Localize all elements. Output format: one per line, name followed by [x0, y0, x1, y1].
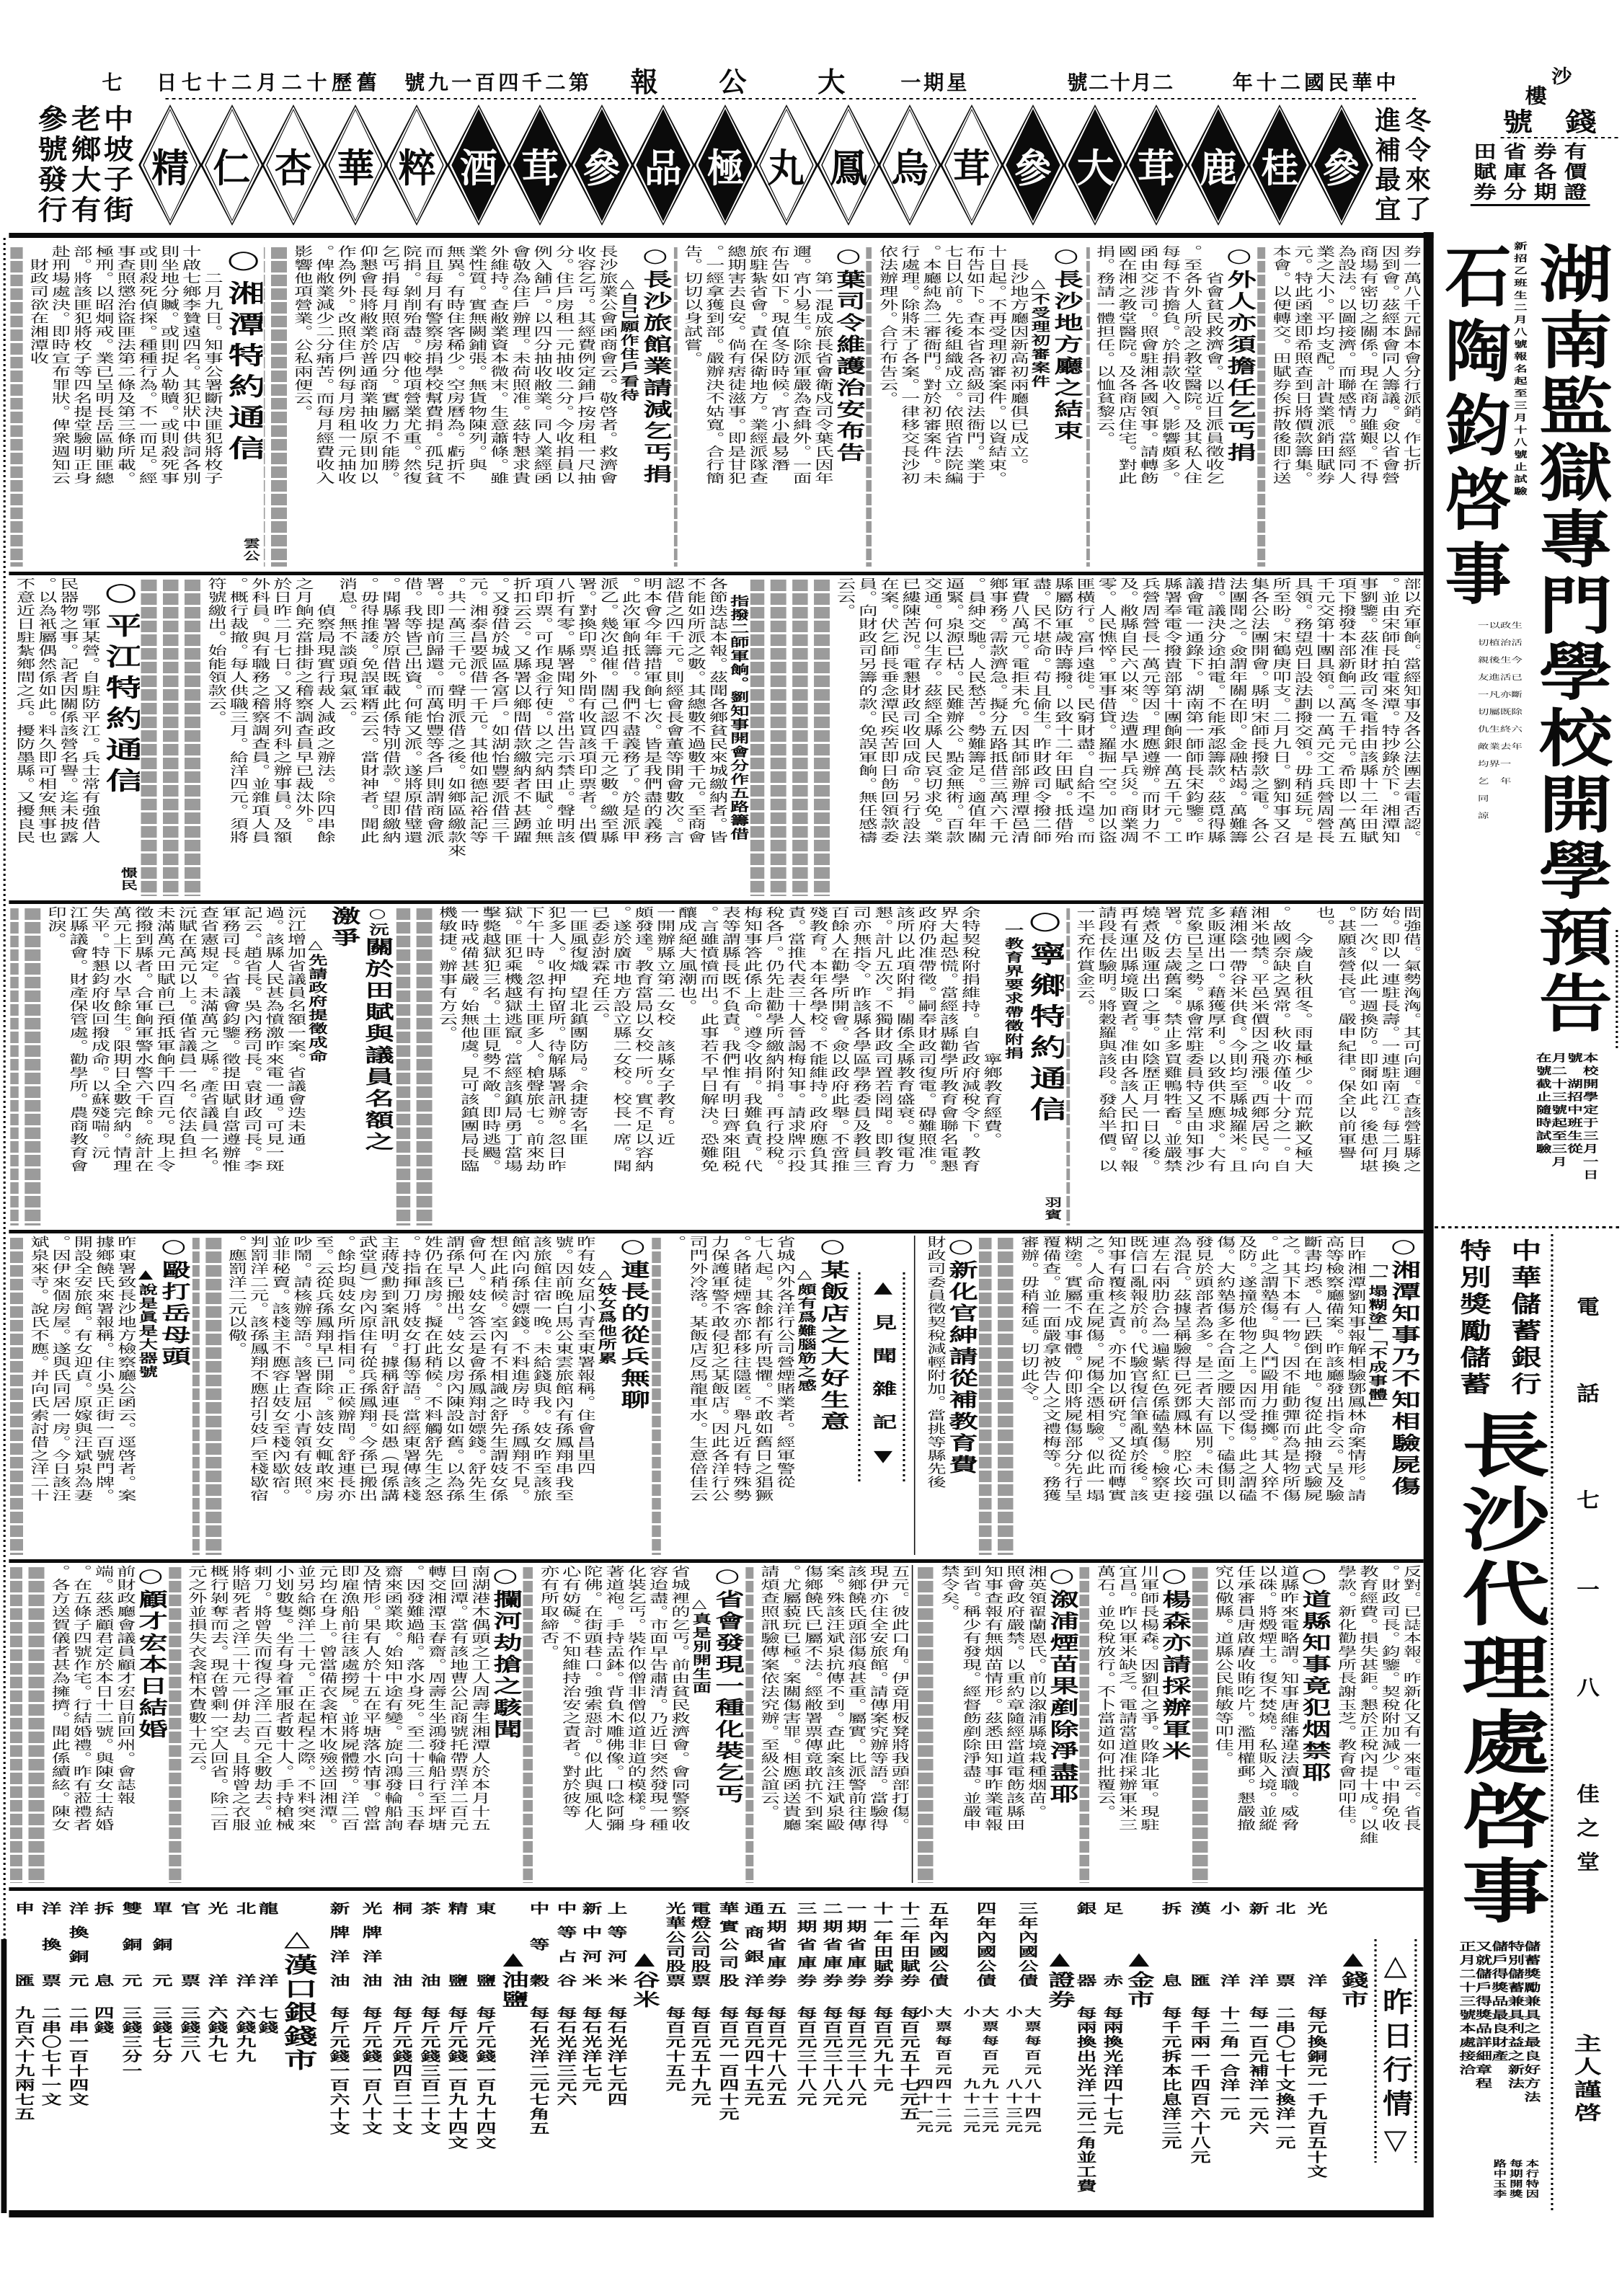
column-divider: [914, 1236, 916, 1555]
diamond-char: 精: [151, 105, 190, 226]
article-body: 寧鄉教育經費。 余特契稅附捐維持。自省政府減稅令下。教育 界大起恐慌。當經該縣勸…: [434, 906, 1001, 1225]
right-ad-separator: [1435, 1226, 1621, 1228]
text-texture: [916, 1565, 936, 1883]
article-body: 間強借。氣勢洶洶。其可向邇。查該營駐縣之 始。即以一連駐長壽。一連駐南江。每二月…: [1071, 906, 1420, 1225]
headline-group: ○寧鄉特約通信 羽賓: [1025, 906, 1064, 1225]
corner-ad-item: 省庫分: [1502, 142, 1525, 204]
article-subheadline: 指撥二師軍餉。劉知事開會分作五路籌借: [726, 577, 748, 896]
market-item-label: 華實公司股: [716, 1902, 738, 1988]
market-item-value: 每百元九十元: [870, 2006, 892, 2093]
market-item-label: 精鹽: [445, 1902, 467, 1988]
market-item-value-small-note: 八十三元: [1005, 2078, 1023, 2136]
corner-ad-name-char: 沙: [1550, 66, 1570, 87]
text-texture: [10, 245, 25, 567]
prison-school-title: 湖南監獄專門學校開學預告: [1533, 241, 1606, 1042]
article-continued-pingjiang: 間強借。氣勢洶洶。其可向邇。查該營駐縣之 始。即以一連駐長壽。一連駐南江。每二月…: [1065, 906, 1420, 1225]
dotted-divider: [1616, 930, 1618, 1049]
diamond-char: 粹: [397, 105, 437, 226]
market-item-value: 每斤元錢一百八十文: [359, 2006, 381, 2136]
article-headline: ○連長的從兵無聊: [616, 1236, 649, 1555]
article-ningxiang-correspondence: ○寧鄉特約通信 羽賓 一教育界要求帶徵附捐 寧鄉教育經費。 余特契稅附捐維持。自…: [395, 906, 1064, 1225]
market-item-value: 每百元四十五元: [741, 2006, 763, 2107]
article-headline: ○新化官紳請從補教育費: [944, 1236, 978, 1555]
market-item-value: 每斤元錢四百二十文: [389, 2006, 412, 2136]
market-item-label: 光華公司股票: [662, 1902, 685, 1988]
phone-char: 七: [1574, 1489, 1597, 1512]
issue-number: 第二千四百一九號: [404, 71, 589, 95]
corner-ad-rule: [1471, 204, 1590, 206]
banner-diamond: 大: [1063, 105, 1127, 226]
phone-char: 一: [1574, 1579, 1597, 1602]
market-item-label: 五期省庫券: [763, 1902, 786, 1988]
banner-diamond: 丸: [755, 105, 818, 226]
corner-char: 沙: [1550, 66, 1570, 85]
article-headline: ○長沙地方廳之結束: [1049, 245, 1083, 567]
market-item-label: 新牌洋油: [327, 1902, 349, 1988]
diamond-char: 杏: [274, 105, 314, 226]
diamond-char: 參: [1014, 105, 1053, 226]
banner-diamond: 茸: [1125, 105, 1188, 226]
market-item-value: 每石光洋二元七角五: [526, 2006, 549, 2136]
market-item-value-large-note: 大票每百元九十三元: [981, 2006, 999, 2136]
diamond-char: 酒: [459, 105, 499, 226]
diamond-char: 仁: [213, 105, 252, 226]
feature-box-miscellany: ▲見聞雜記▼: [852, 1272, 911, 1481]
article-body: 昨東署致長沙地方檢察廳公函云。逕啓者。案 據鄉饒氏來署報稱。住小吳正街一百號門牌…: [25, 1236, 134, 1555]
market-title-border: [1374, 1939, 1376, 2163]
diamond-char: 參: [1322, 105, 1362, 226]
market-item-label: 三年內國公債: [1015, 1902, 1037, 1988]
market-item-value-large-note: 大票每百元四十二元: [934, 2006, 952, 2136]
market-item-value: 二串一百十四文: [66, 2006, 88, 2107]
bank-product: 特別獎勵儲蓄: [1458, 1238, 1489, 1403]
market-section-heading: ▲金市: [1124, 1948, 1153, 2010]
market-item-value: 三錢三分一: [119, 2006, 141, 2078]
article-author: 羽賓: [1042, 1197, 1064, 1225]
article-xiangtan-autopsy: ○湘潭知事乃不知相驗屍傷 「一塌糊塗」「不成事體」 日昨湘潭劉知事報解相驗鄧鳳林…: [979, 1236, 1420, 1555]
market-item-label: 光牌洋油: [359, 1902, 381, 1988]
article-body: 沅江增加省議員名額一案。省議會迭未通 過。該縣人民甚為憤激昨來電一通。可見一斑 …: [43, 906, 304, 1225]
market-item-label: 北洋: [233, 1902, 255, 1988]
market-item-value: 每百元三十八元: [820, 2006, 842, 2107]
row-divider: [9, 572, 1424, 575]
corner-ad-item: 券各期: [1533, 142, 1556, 204]
school-title-text: 湖南監獄專門學校開學預告: [1533, 241, 1606, 1037]
article-headline: ○毆打岳母頭: [156, 1236, 190, 1555]
shop-column-text: 中坡子街: [102, 105, 131, 226]
newspaper-page: 七 舊歷十二月二十七日 第二千四百一九號 報 公 大 星期一 二月十二號 中華民…: [0, 0, 1622, 2296]
article-body: 第一混成旅長省會衛戍司令葉氏因年 邇。宵小易生。除派軍嚴為查緝外。一面 布告如下…: [679, 245, 832, 567]
corner-char: 號: [1501, 108, 1531, 134]
corner-ad-item: 田賦券: [1472, 142, 1495, 204]
market-item-label: 四年內國公債: [973, 1902, 996, 1988]
market-item-value: 每百元十五元: [662, 2006, 685, 2093]
banner-slogan-column: 進補最宜: [1373, 107, 1399, 226]
article-foreigners-beggar-tax: ○外人亦須擔任乞丐捐 省會貧民救濟會。以近日派員徵收乞 。至各外人所設之教堂醫院…: [1086, 245, 1256, 567]
page-left-edge-thick: [1, 1939, 7, 2213]
bank-address-text: 佳之堂: [1574, 1783, 1597, 1885]
market-item-value: 每石光洋七元四: [604, 2006, 626, 2107]
article-commander-ye-notice: ○葉司令維護治安布告 第一混成旅長省會衛戍司令葉氏因年 邇。宵小易生。除派軍嚴為…: [673, 245, 865, 567]
text-texture: [750, 577, 832, 896]
article-continued-xiangtan-military-funds: 部以充軍餉。當經知事及各公法團去電否認。 。並由宋師長拍電來潭。特抄錄於下。湘潭…: [750, 577, 1420, 896]
article-restaurant-business: ○某飯店之大好生意 △頗有爲難腦筋之感 省城內外各洋行公司營煙賭業者。經軍警從 …: [651, 1236, 849, 1555]
market-title-text: △昨日行情▽: [1380, 1949, 1410, 2162]
article-body: 券一萬八千元歸本會分行派銷。作七折 因到會。茲經本會同人籌議。僉以省會營 商場有…: [1267, 245, 1420, 567]
text-texture: [673, 245, 679, 567]
article-subheadline: △頗有爲難腦筋之感: [793, 1236, 815, 1555]
corner-ad-item-text: 券各期: [1533, 142, 1556, 203]
agency-title-text: 長沙代理處啓事: [1455, 1409, 1543, 1929]
market-item-label: 小洋: [1217, 1902, 1239, 1988]
paper-title-char-da: 大: [813, 68, 845, 92]
market-item-label: 新洋: [1246, 1902, 1268, 1988]
diamond-char: 茸: [1137, 105, 1176, 226]
text-texture: [141, 577, 203, 896]
diamond-char: 大: [1076, 105, 1115, 226]
article-continued-assault: 五元。彼此口角。伊竟用板凳將我頭部打傷。 現伊亦住全安旅館。請傳案究辦等語。當驗…: [745, 1565, 908, 1883]
market-item-label: 中等占谷: [554, 1902, 576, 1988]
market-item-label: 東鹽: [473, 1902, 495, 1988]
corner-ad-item: 有價證: [1563, 142, 1586, 204]
page-number: 七: [91, 71, 123, 95]
article-headline: ○顧才宏本日結婚: [133, 1565, 167, 1883]
market-item-label: 銀器: [1073, 1902, 1096, 1988]
bank-agency-title: 長沙代理處啓事: [1455, 1409, 1543, 1932]
article-headline: ○某飯店之大好生意: [815, 1236, 849, 1555]
article-body: 日昨湘潭劉知事報解相驗鄧鳳林命案情形。請 高等檢察廳備案。昨該廳發出指令云。呈及…: [1016, 1236, 1365, 1555]
market-item-value: 每百元三十八元: [843, 2006, 866, 2107]
feature-box-border: [858, 1272, 860, 1481]
market-section-heading: △漢口銀錢市: [280, 1926, 314, 2073]
banner-diamond: 烏: [878, 105, 941, 226]
article-body: 南湖港木偶頭之工人周壽生湘潭人於本月十五 日回潭。當有該地曹公記商號托帶票洋二百…: [183, 1565, 488, 1883]
article-headline: ○楊森亦請採辦軍米: [1157, 1565, 1191, 1883]
corner-char: 樓: [1523, 85, 1545, 105]
market-item-value: 三錢七分: [149, 2006, 172, 2064]
diamond-char: 鳳: [829, 105, 869, 226]
article-subheadline: △妓女爲他所累: [593, 1236, 616, 1555]
diamond-char: 烏: [890, 105, 930, 226]
market-item-value: 每石光洋三元六: [554, 2006, 576, 2107]
article-body: 省城內外各洋行公司營煙賭業者。經軍警從 七八起。其餘都有所畏懼。不敢如舊日之猖獗…: [662, 1236, 793, 1555]
banner-diamond: 鹿: [1187, 105, 1250, 226]
market-item-label: 茶油: [417, 1902, 440, 1988]
text-texture: [10, 906, 43, 1225]
text-texture: [979, 1236, 1016, 1555]
article-xinhua-education-fees: ○新化官紳請從補教育費 財政司委員徵契稅減輕附加。當挑等縣先後: [917, 1236, 978, 1555]
market-item-value: 四錢: [91, 2006, 113, 2035]
market-item-value: 二串〇七十文換洋一元: [1272, 2006, 1295, 2150]
text-texture: [264, 245, 289, 567]
banner-diamond: 杏: [262, 105, 325, 226]
phone-char-text: 電: [1574, 1296, 1597, 1316]
corner-ad-dotted-rule: [1501, 137, 1621, 138]
text-texture: [1192, 1565, 1210, 1883]
diamond-char: 華: [336, 105, 376, 226]
article-xiangtan-correspondence: ○湘潭特約通信 雲公 二月九日。知事公署斷決匪犯將枚子 十啟七鄉李贊遠四名。其犯…: [10, 245, 262, 567]
article-xupu-opium-seedlings: ○溆浦煙苗果剷除淨盡耶 湘英領翟蘭恩氏。前以溆浦縣境栽種烟苗。 照會政府嚴禁。以…: [916, 1565, 1078, 1883]
text-texture: [169, 1565, 183, 1883]
text-texture: [10, 577, 12, 896]
shop-column-text: 參號發行: [35, 105, 65, 226]
market-item-value: 六錢九九: [233, 2006, 255, 2064]
market-item-label: 龍洋: [255, 1902, 278, 1988]
article-body: 省會貧民救濟會。以近日派員徵收乞 。至各外人所設之教堂醫院。及其私人住 每每不肯…: [1091, 245, 1222, 567]
headline-prefix: ○沅: [365, 906, 389, 937]
corner-ad-item-text: 有價證: [1563, 142, 1586, 203]
article-body: 省城裡的乞丐。前由貧民救濟會。會同警察收 容迨盡。市面早告肅清。乃近日突然發現一…: [536, 1565, 688, 1883]
article-body: 前財政廳會議員顧才宏日前回州。會誌報 端。茲悉顧君定於本日十二號。與陳女士結婚 …: [47, 1565, 134, 1883]
bank-product-text: 特別獎勵儲蓄: [1458, 1238, 1489, 1399]
market-item-label: 單銅元: [149, 1902, 172, 1988]
corner-char: 錢: [1563, 108, 1595, 134]
article-headline: ○平江特約通信: [101, 577, 140, 799]
article-subheadline: △不受理初審案件: [1027, 245, 1049, 567]
lunar-date: 舊歷十二月二十七日: [156, 71, 377, 95]
market-item-label: 電燈公司股票: [688, 1902, 710, 1988]
text-texture: [1065, 906, 1071, 1225]
banner-diamond: 桂: [1248, 105, 1311, 226]
market-item-value: 每斤元錢一百六十文: [327, 2006, 349, 2136]
phone-char: 電: [1574, 1296, 1597, 1319]
market-item-label: 十二年田賦券: [897, 1902, 919, 1988]
phone-char: 八: [1574, 1677, 1597, 1700]
article-headline: ○省會發現一種化裝乞丐: [710, 1565, 744, 1883]
market-item-value: 七錢: [255, 2006, 278, 2035]
bank-name-text: 中華儲蓄銀行: [1510, 1238, 1540, 1399]
article-subheadline: 「一塌糊塗」「不成事體」: [1364, 1236, 1386, 1555]
bank-signature: 主人謹啓: [1572, 2034, 1599, 2126]
banner-diamond: 極: [693, 105, 757, 226]
article-assault-mother-in-law: ○毆打岳母頭 ▲說是眞是大器號 昨東署致長沙地方檢察廳公函云。逕啓者。案 據鄉饒…: [10, 1236, 190, 1555]
phone-char-text: 七: [1574, 1489, 1597, 1510]
page-canvas: 七 舊歷十二月二十七日 第二千四百一九號 報 公 大 星期一 二月十二號 中華民…: [0, 0, 1622, 2296]
article-headline: ○寧鄉特約通信: [1025, 906, 1064, 1127]
market-item-value: 每一百元補洋一元六: [1246, 2006, 1268, 2136]
diamond-char: 茸: [520, 105, 560, 226]
diamond-char: 丸: [767, 105, 807, 226]
text-texture: [523, 1565, 536, 1883]
market-section-heading: ▲油鹽: [498, 1948, 527, 2010]
feature-box-border: [903, 1272, 905, 1481]
market-item-value: 每元換銅元一千九百五十文: [1304, 2006, 1326, 2179]
market-section-heading: ▲錢市: [1338, 1948, 1367, 2010]
text-texture: [192, 1236, 223, 1555]
market-item-value: 二串〇七十一文: [38, 2006, 61, 2107]
market-item-value: 每斤元錢一百九十四文: [445, 2006, 467, 2150]
corner-ad-item-text: 田賦券: [1472, 142, 1495, 203]
text-texture: [651, 1236, 662, 1555]
bank-ad-body-text: 儲蓄獎勵兼具之最良好方法 特別儲蓄兼具利益之新法 儲戶得獎品最良財產 又就儲戶得…: [1459, 1941, 1540, 2105]
shop-column-text: 老鄉大有: [69, 105, 99, 226]
banner-bottom-rule: [9, 233, 1433, 238]
article-headline: ○湘潭知事乃不知相驗屍傷: [1386, 1236, 1420, 1555]
bank-ad-body: 儲蓄獎勵兼具之最良好方法 特別儲蓄兼具利益之新法 儲戶得獎品最良財產 又就儲戶得…: [1459, 1941, 1540, 2117]
article-author: 雲公: [240, 538, 262, 567]
market-item-value: 每斤元錢三百二十文: [417, 2006, 440, 2136]
market-section-heading: ▲證券: [1045, 1948, 1073, 2010]
article-author: 憬民: [118, 867, 140, 896]
market-item-label: 新中河米: [579, 1902, 601, 1988]
market-item-value: 每百元五十七元五: [897, 2006, 919, 2122]
article-daoxian-opium: ○道縣知事竟犯烟禁耶 道縣昨來電略謂。知事唐維藩違法瀆職。威脅 以硃。將燬煙土。…: [1192, 1565, 1331, 1883]
market-item-value: 三錢三八: [177, 2006, 200, 2064]
text-texture: [1257, 245, 1267, 567]
article-subheadline: △先請政府提徵成命: [304, 906, 327, 1225]
diamond-char: 極: [706, 105, 745, 226]
article-body: 鄂軍某營。自駐防平江。兵士常有強借人 民器物之事。記者因關係該營名譽。迄未披露 …: [12, 577, 99, 896]
article-wedding-notice: ○顧才宏本日結婚 前財政廳會議員顧才宏日前回州。會誌報 端。茲悉顧君定於本日十二…: [10, 1565, 167, 1883]
text-texture: [1086, 245, 1091, 567]
row-divider: [9, 1559, 1424, 1563]
market-item-value: 每千兩一千四百六十八元: [1187, 2006, 1210, 2165]
market-item-value: 每兩換光洋四十七元: [1100, 2006, 1122, 2136]
market-item-label: 一期省庫券: [843, 1902, 866, 1988]
article-headline: ○長沙旅館業請減乞丐捐: [638, 245, 672, 567]
prison-school-enrollment-note: 新招乙班生二月八號報名起至三月十八號止試驗: [1512, 241, 1527, 530]
prison-school-details: 本校開學定于三月一日 號 湖招中班生從 月二十三號起至三月 在號截止隨時試驗: [1534, 1052, 1597, 1220]
market-item-label: 足赤: [1100, 1902, 1122, 1988]
article-subheadline: ▲說是眞是大器號: [134, 1236, 156, 1555]
article-body: 川軍師長楊森。因劉但之爭。敗降北軍。現駐 宜昌。昨以軍米缺乏。電請當道准採辦軍米…: [1092, 1565, 1158, 1883]
article-continued-bond-sales: 券一萬八千元歸本會分行派銷。作七折 因到會。茲經本會同人籌議。僉以省會營 商場有…: [1257, 245, 1420, 567]
article-company-commander-orderly: ○連長的從兵無聊 △妓女爲他所累 昨有妓女屈小青至東署報稱。住會昌里四 號。因前…: [192, 1236, 650, 1555]
article-yang-sen-rice: ○楊森亦請採辦軍米 川軍師長楊森。因劉但之爭。敗降北軍。現駐 宜昌。昨以軍米缺乏…: [1080, 1565, 1191, 1883]
article-body: 湘英領翟蘭恩氏。前以溆浦縣境栽種烟苗。 照會政府嚴禁。以重約章隨經當道電飭該縣田…: [936, 1565, 1045, 1883]
article-subheadline: 一教育界要求帶徵附捐: [1001, 906, 1023, 1225]
banner-shop-column: 老鄉大有: [68, 105, 99, 229]
market-item-label: 拆息: [91, 1902, 113, 1988]
market-item-label: 雙銅元: [119, 1902, 141, 1988]
article-body: 財政司委員徵契稅減輕附加。當挑等縣先後: [922, 1236, 944, 1555]
bank-name: 中華儲蓄銀行: [1510, 1238, 1540, 1401]
market-item-label: 光洋: [205, 1902, 227, 1988]
diamond-char: 茸: [952, 105, 992, 226]
article-headline: ○湘潭特約通信: [223, 245, 262, 466]
article-headline: ○溆浦煙苗果剷除淨盡耶: [1045, 1565, 1078, 1883]
banner-diamond: 華: [324, 105, 387, 226]
market-item-label: 洋換銅元: [66, 1902, 88, 1988]
notice-body-text: 生活今已斷除六年 政治生活亦既終去一年 以植後進凡屬生業界 一切親友一切仇敵均乞…: [1475, 621, 1520, 829]
article-headline: ○外人亦須擔任乞丐捐: [1222, 245, 1256, 567]
market-item-label: 洋換票: [38, 1902, 61, 1988]
article-body: 各節迭誌本報。茲聞各鄉貧民來城繳納者。皆 不能如所派之數。其總數不過數千元。至商…: [203, 577, 726, 896]
bank-ad-body-secondary-text: 本行特因 每期開獎 路中玉李: [1492, 2159, 1540, 2199]
market-item-label: 官票: [177, 1902, 200, 1988]
article-headline: ○攔河劫搶之駭聞: [488, 1565, 521, 1883]
text-texture: [745, 1565, 755, 1883]
article-headline: ○道縣知事竟犯烟禁耶: [1297, 1565, 1331, 1883]
diamond-char: 桂: [1260, 105, 1300, 226]
market-item-small-note: 小: [962, 2006, 980, 2018]
year: 中華民國二十年: [1232, 71, 1396, 95]
market-item-label: 拆息: [1158, 1902, 1181, 1988]
article-body: 長沙地方廳因新高初兩廳俱已成立。 十日起。不再受理初審案件。以資結束。 布告如下…: [874, 245, 1027, 567]
banner-diamond: 參: [1001, 105, 1065, 226]
article-subheadline: △自己願作住戶看待: [616, 245, 638, 567]
article-headline: ○葉司令維護治安布告: [831, 245, 865, 567]
date: 二月十二號: [1068, 71, 1174, 95]
market-item-label: 上等河米: [604, 1902, 626, 1988]
corner-ad-item-text: 省庫分: [1502, 142, 1525, 203]
phone-char: 話: [1574, 1383, 1597, 1406]
row-divider: [9, 1887, 1424, 1891]
article-changsha-local-court: ○長沙地方廳之結束 △不受理初審案件 長沙地方廳因新高初兩廳俱已成立。 十日起。…: [867, 245, 1083, 567]
market-item-small-note: 小: [1005, 2006, 1023, 2018]
corner-ad-name-char: 樓: [1523, 85, 1545, 107]
article-body: 二月九日。知事公署斷決匪犯將枚子 十啟七鄉李贊遠四名。其犯狀中供詞各別 則坐地分…: [25, 245, 221, 567]
market-item-label: 五年內國公債: [926, 1902, 948, 1988]
shi-taojun-notice-title: 石陶鈞啓事: [1440, 242, 1507, 617]
text-texture: [1080, 1565, 1092, 1883]
market-item-value-large-note: 大票每百元八十四元: [1024, 2006, 1042, 2136]
banner-shop-column: 參號發行: [35, 105, 65, 229]
page-left-edge: [3, 238, 5, 1939]
slogan-text: 冬令來了: [1403, 107, 1429, 225]
market-item-label: 北票: [1272, 1902, 1295, 1988]
article-headline: ○沅關於田賦與議員名額之激爭: [327, 906, 394, 1225]
market-item-value: 每百元三十八元: [794, 2006, 816, 2107]
notice-title-text: 石陶鈞啓事: [1440, 242, 1507, 613]
market-item-value: 每石光洋七元: [579, 2006, 601, 2093]
column-divider: [912, 1565, 913, 1883]
banner-diamond: 參: [1310, 105, 1373, 226]
article-hotel-guild-tax: ○長沙旅館業請減乞丐捐 △自己願作住戶看待 長沙旅業公會函商會云。敬啓者。救濟會…: [264, 245, 672, 567]
paper-title-char-bao: 報: [629, 68, 657, 92]
market-item-label: 桐油: [389, 1902, 412, 1988]
article-body: 五元。彼此口角。伊竟用板凳將我頭部打傷。 現伊亦住全安旅館。請傳案究辦等語。當驗…: [755, 1565, 908, 1883]
bank-ad-body-secondary: 本行特因 每期開獎 路中玉李: [1459, 2159, 1540, 2204]
corner-ad-name-char: 號: [1501, 108, 1531, 136]
article-body: 部以充軍餉。當經知事及各公法團去電否認。 。並由宋師長拍電來潭。特抄錄於下。湘潭…: [832, 577, 1420, 896]
banner-diamond: 參: [570, 105, 634, 226]
market-item-label: 光洋: [1304, 1902, 1326, 1988]
market-item-value: 每千元拆本比息洋三元: [1158, 2006, 1181, 2150]
feature-box-label: ▲見聞雜記▼: [871, 1278, 895, 1483]
market-item-value: 六錢九七: [205, 2006, 227, 2064]
banner-shop-column: 中坡子街: [101, 105, 131, 229]
market-item-value: 每百元五十九元: [688, 2006, 710, 2107]
right-ad-column-bar: [1424, 232, 1433, 2217]
banner-diamond: 茸: [940, 105, 1003, 226]
article-pingjiang-correspondence: ○平江特約通信 憬民 鄂軍某營。自駐防平江。兵士常有強借人 民器物之事。記者因關…: [10, 577, 140, 896]
article-subheadline: △真是別開生面: [688, 1565, 710, 1883]
shi-taojun-notice-body: 生活今已斷除六年 政治生活亦既終去一年 以植後進凡屬生業界 一切親友一切仇敵均乞…: [1475, 621, 1520, 1220]
row-divider: [9, 900, 1424, 904]
market-item-label: 二期省庫券: [820, 1902, 842, 1988]
enrollment-note-text: 新招乙班生二月八號報名起至三月十八號止試驗: [1513, 241, 1527, 499]
phone-char-text: 一: [1574, 1579, 1597, 1599]
article-yuanjiang-tax-dispute: ○沅關於田賦與議員名額之激爭 △先請政府提徵成命 沅江增加省議員名額一案。省議會…: [10, 906, 394, 1225]
text-texture: [10, 1565, 47, 1883]
diamond-char: 鹿: [1199, 105, 1238, 226]
headline-group: ○平江特約通信 憬民: [101, 577, 140, 896]
article-body: 反對。已誌本報。昨新化又有一來電云。省長 。財政司長。鈞鑒。契稅附加減少。中捐免…: [1333, 1565, 1420, 1883]
banner-diamond: 精: [138, 105, 202, 226]
market-item-label: 通商銀洋: [741, 1902, 763, 1988]
school-details-text: 本校開學定于三月一日 號 湖招中班生從 月二十三號起至三月 在號截止隨時試驗: [1535, 1052, 1597, 1182]
market-item-value: 每百元十八元五: [763, 2006, 786, 2107]
headline-line: 激爭: [327, 906, 360, 949]
headline-group: ○湘潭特約通信 雲公: [223, 245, 262, 567]
banner-diamond: 粹: [385, 105, 448, 226]
market-title: △昨日行情▽: [1380, 1949, 1410, 2158]
banner-diamond: 品: [631, 105, 695, 226]
headline-line: 關於田賦與議員名額之: [360, 937, 394, 1153]
bank-address: 佳之堂: [1574, 1783, 1597, 1888]
article-continued-xinhua: 反對。已誌本報。昨新化又有一來電云。省長 。財政司長。鈞鑒。契稅附加減少。中捐免…: [1332, 1565, 1420, 1883]
